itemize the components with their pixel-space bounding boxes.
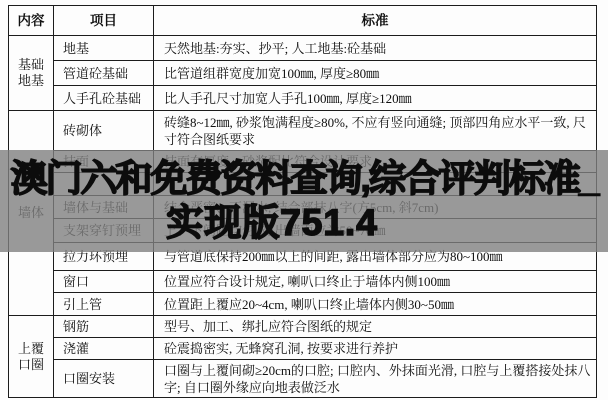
standard-cell: 比人手孔尺寸加宽人手孔100㎜, 厚度≥120㎜ (154, 86, 597, 111)
standard-cell: 与管道底保持200㎜以上的间距, 露出墙体部分应为80~100㎜ (154, 243, 597, 271)
group-label-top-cover: 上覆 口圈 (9, 316, 54, 398)
item-cell: 口圈安装 (54, 360, 154, 398)
standard-cell: 天然地基:夯实、抄平; 人工地基:砼基础 (154, 36, 597, 61)
table-row: 口圈安装 口圈与上覆间砌≥20cm的口腔; 口腔内、外抹面光滑, 口腔与上覆搭接… (9, 360, 597, 398)
table-row-obscured (9, 173, 597, 196)
table-row: 支架穿钉预埋 上、下间距均匀, 露出墙面应为50~70㎜ (9, 219, 597, 243)
table-row: 窗口 位置应符合设计规定, 喇叭口终止于墙体内侧100㎜ (9, 271, 597, 293)
table-row: 人手孔砼基础 比人手孔尺寸加宽人手孔100㎜, 厚度≥120㎜ (9, 86, 597, 111)
group-label-line: 墙体 (9, 205, 53, 221)
standard-cell: 口圈与上覆间砌≥20cm的口腔; 口腔内、外抹面光滑, 口腔与上覆搭接处抹八字;… (154, 360, 597, 398)
item-cell: 引上管 (54, 293, 154, 316)
standard-cell: 型号、加工、绑扎应符合图纸的规定 (154, 316, 597, 338)
item-cell: 人手孔砼基础 (54, 86, 154, 111)
item-cell (54, 173, 154, 196)
group-label-line: 地基 (9, 73, 53, 89)
group-label-foundation: 基础 地基 (9, 36, 54, 111)
item-cell: 钢筋 (54, 316, 154, 338)
header-item: 项目 (54, 6, 154, 36)
standard-cell: 位置距上覆应20~4cm, 喇叭口终止墙体内侧30~50㎜ (154, 293, 597, 316)
table-row: 引上管 位置距上覆应20~4cm, 喇叭口终止墙体内侧30~50㎜ (9, 293, 597, 316)
standard-cell (154, 173, 597, 196)
standard-cell: 砼震捣密实, 无蜂窝孔洞, 按要求进行养护 (154, 338, 597, 360)
quality-standard-table: 内容 项目 标准 基础 地基 地基 天然地基:夯实、抄平; 人工地基:砼基础 管… (8, 5, 597, 398)
group-label-wall: 墙体 (9, 111, 54, 316)
table-row: 拉力环预埋 与管道底保持200㎜以上的间距, 露出墙体部分应为80~100㎜ (9, 243, 597, 271)
item-cell: 地基 (54, 36, 154, 61)
item-cell: 墙体与基础 (54, 196, 154, 219)
group-label-line: 上覆 (9, 341, 53, 357)
table-row: 抹面 抹面有厚度、砂浆配比符合设计要求 (9, 151, 597, 173)
item-cell: 抹面 (54, 151, 154, 173)
table-row: 墙体 砖砌体 砖缝8~12㎜, 砂浆饱满程度≥80%, 不应有竖向通缝; 顶部四… (9, 111, 597, 151)
table-row: 上覆 口圈 钢筋 型号、加工、绑扎应符合图纸的规定 (9, 316, 597, 338)
item-cell: 管道砼基础 (54, 61, 154, 86)
standard-cell: 结合严密、不漏水, 结合部抹八字(方5cm, 斜7cm) (154, 196, 597, 219)
group-label-line: 基础 (9, 57, 53, 73)
table-row: 基础 地基 地基 天然地基:夯实、抄平; 人工地基:砼基础 (9, 36, 597, 61)
item-cell: 砖砌体 (54, 111, 154, 151)
group-label-line: 口圈 (9, 357, 53, 373)
table-row: 浇灌 砼震捣密实, 无蜂窝孔洞, 按要求进行养护 (9, 338, 597, 360)
item-cell: 拉力环预埋 (54, 243, 154, 271)
table-row: 管道砼基础 比管道组群宽度加宽100㎜, 厚度≥80㎜ (9, 61, 597, 86)
standard-cell: 上、下间距均匀, 露出墙面应为50~70㎜ (154, 219, 597, 243)
item-cell: 浇灌 (54, 338, 154, 360)
standard-cell: 比管道组群宽度加宽100㎜, 厚度≥80㎜ (154, 61, 597, 86)
header-standard: 标准 (154, 6, 597, 36)
standard-cell: 位置应符合设计规定, 喇叭口终止于墙体内侧100㎜ (154, 271, 597, 293)
standard-cell: 砖缝8~12㎜, 砂浆饱满程度≥80%, 不应有竖向通缝; 顶部四角应水平一致,… (154, 111, 597, 151)
standard-cell: 抹面有厚度、砂浆配比符合设计要求 (154, 151, 597, 173)
header-content: 内容 (9, 6, 54, 36)
table-header-row: 内容 项目 标准 (9, 6, 597, 36)
item-cell: 支架穿钉预埋 (54, 219, 154, 243)
table-row: 墙体与基础 结合严密、不漏水, 结合部抹八字(方5cm, 斜7cm) (9, 196, 597, 219)
item-cell: 窗口 (54, 271, 154, 293)
